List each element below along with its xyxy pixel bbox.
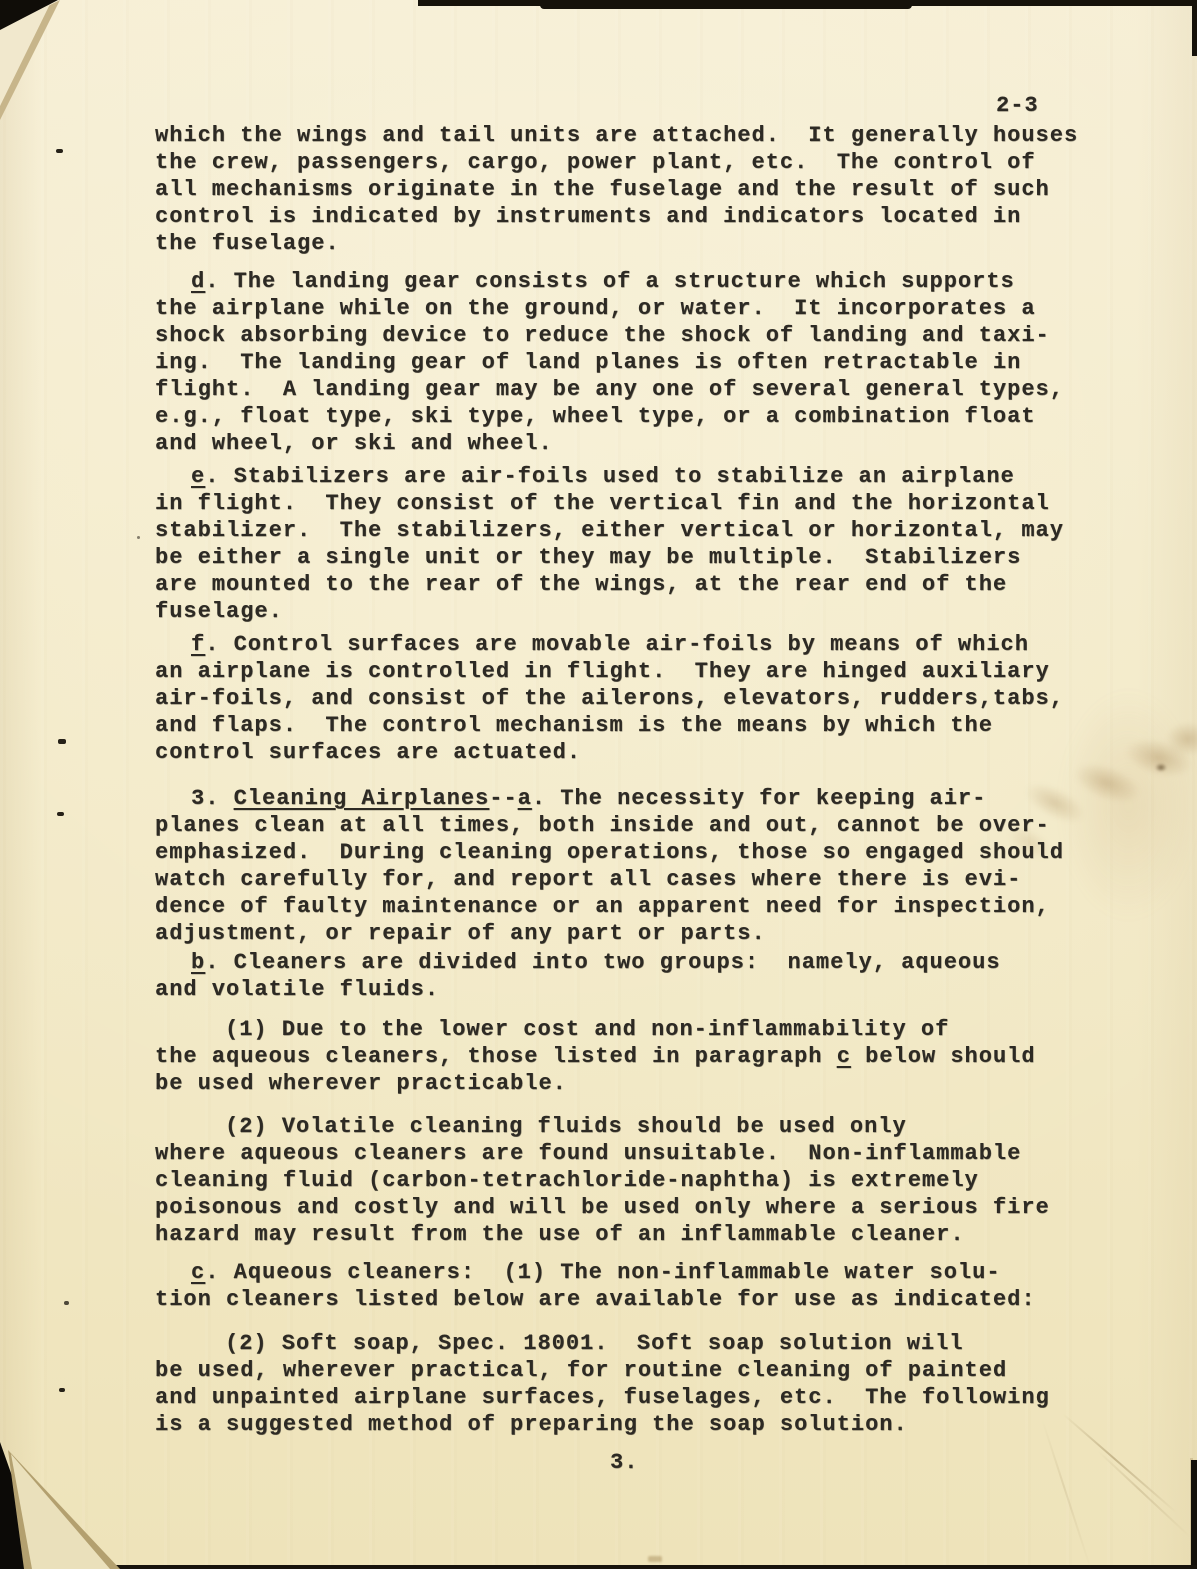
text-line: is a suggested method of preparing the s… <box>155 1411 1050 1438</box>
text-segment: an airplane is controlled in flight. The… <box>155 659 1050 684</box>
text-segment: the airplane while on the ground, or wat… <box>155 296 1036 321</box>
text-segment: ing. The landing gear of land planes is … <box>155 350 1021 375</box>
text-line: control surfaces are actuated. <box>155 739 1064 766</box>
ink-speck <box>56 149 63 153</box>
paragraph-intro-continuation: which the wings and tail units are attac… <box>155 122 1078 257</box>
text-line: be either a single unit or they may be m… <box>155 544 1064 571</box>
text-segment: emphasized. During cleaning operations, … <box>155 840 1064 865</box>
text-segment: air-foils, and consist of the ailerons, … <box>155 686 1064 711</box>
text-segment: and flaps. The control mechanism is the … <box>155 713 993 738</box>
underlined-text: f <box>191 632 205 657</box>
text-line: and flaps. The control mechanism is the … <box>155 712 1064 739</box>
paragraph-b-cleaners: b. Cleaners are divided into two groups:… <box>155 949 1001 1003</box>
ink-speck <box>59 1388 65 1392</box>
text-segment: watch carefully for, and report all case… <box>155 867 1021 892</box>
page-number: 3. <box>610 1449 638 1476</box>
underlined-text: a <box>518 786 532 811</box>
text-segment: is a suggested method of preparing the s… <box>155 1412 908 1437</box>
text-line: control is indicated by instruments and … <box>155 203 1078 230</box>
ink-speck <box>64 1301 69 1305</box>
text-segment: all mechanisms originate in the fuselage… <box>155 177 1050 202</box>
text-segment: the aqueous cleaners, those listed in pa… <box>155 1044 837 1069</box>
text-line: watch carefully for, and report all case… <box>155 866 1064 893</box>
text-segment: below should <box>851 1044 1036 1069</box>
underlined-text: d <box>191 269 205 294</box>
text-segment: where aqueous cleaners are found unsuita… <box>155 1141 1021 1166</box>
paragraph-d-landing-gear: d. The landing gear consists of a struct… <box>155 268 1064 457</box>
text-segment: and volatile fluids. <box>155 977 439 1002</box>
text-line: dence of faulty maintenance or an appare… <box>155 893 1064 920</box>
paragraph-1-aqueous-preference: (1) Due to the lower cost and non-inflam… <box>155 1016 1036 1097</box>
text-segment: . The landing gear consists of a structu… <box>205 269 1015 294</box>
text-segment: be used, wherever practical, for routine… <box>155 1358 1007 1383</box>
text-line: stabilizer. The stabilizers, either vert… <box>155 517 1064 544</box>
text-line: adjustment, or repair of any part or par… <box>155 920 1064 947</box>
text-line: c. Aqueous cleaners: (1) The non-inflamm… <box>155 1259 1036 1286</box>
text-segment: flight. A landing gear may be any one of… <box>155 377 1064 402</box>
scanned-page: 2-3 which the wings and tail units are a… <box>0 0 1197 1569</box>
text-segment: and unpainted airplane surfaces, fuselag… <box>155 1385 1050 1410</box>
text-line: e.g., float type, ski type, wheel type, … <box>155 403 1064 430</box>
text-line: where aqueous cleaners are found unsuita… <box>155 1140 1050 1167</box>
text-segment: in flight. They consist of the vertical … <box>155 491 1050 516</box>
text-segment: tion cleaners listed below are available… <box>155 1287 1036 1312</box>
text-line: be used wherever practicable. <box>155 1070 1036 1097</box>
paragraph-2-volatile-fluids: (2) Volatile cleaning fluids should be u… <box>155 1113 1050 1248</box>
text-segment: dence of faulty maintenance or an appare… <box>155 894 1050 919</box>
scanner-background-edge <box>0 1565 1197 1569</box>
text-line: e. Stabilizers are air-foils used to sta… <box>155 463 1064 490</box>
text-line: tion cleaners listed below are available… <box>155 1286 1036 1313</box>
text-segment: . Control surfaces are movable air-foils… <box>205 632 1029 657</box>
text-line: which the wings and tail units are attac… <box>155 122 1078 149</box>
text-segment: (2) Soft soap, Spec. 18001. Soft soap so… <box>225 1331 964 1356</box>
text-line: in flight. They consist of the vertical … <box>155 490 1064 517</box>
text-segment: the crew, passengers, cargo, power plant… <box>155 150 1036 175</box>
scanner-background-edge <box>1192 0 1197 56</box>
text-segment: (1) Due to the lower cost and non-inflam… <box>225 1017 949 1042</box>
text-segment: fuselage. <box>155 599 283 624</box>
scanner-background-edge <box>540 0 912 9</box>
text-segment: . The necessity for keeping air- <box>532 786 986 811</box>
text-segment: cleaning fluid (carbon-tetrachloride-nap… <box>155 1168 979 1193</box>
text-segment: -- <box>489 786 517 811</box>
paragraph-2-soft-soap: (2) Soft soap, Spec. 18001. Soft soap so… <box>155 1330 1050 1438</box>
text-segment: adjustment, or repair of any part or par… <box>155 921 766 946</box>
text-line: are mounted to the rear of the wings, at… <box>155 571 1064 598</box>
underlined-text: c <box>837 1044 851 1069</box>
text-line: b. Cleaners are divided into two groups:… <box>155 949 1001 976</box>
text-segment: planes clean at all times, both inside a… <box>155 813 1050 838</box>
text-line: f. Control surfaces are movable air-foil… <box>155 631 1064 658</box>
text-line: the fuselage. <box>155 230 1078 257</box>
text-line: (1) Due to the lower cost and non-inflam… <box>155 1016 1036 1043</box>
underlined-text: e <box>191 464 205 489</box>
ink-speck <box>57 812 64 816</box>
text-segment: stabilizer. The stabilizers, either vert… <box>155 518 1064 543</box>
ink-speck <box>137 536 140 539</box>
text-line: hazard may result from the use of an inf… <box>155 1221 1050 1248</box>
paragraph-c-aqueous-cleaners: c. Aqueous cleaners: (1) The non-inflamm… <box>155 1259 1036 1313</box>
smudge-mark <box>648 1556 662 1562</box>
text-line: and wheel, or ski and wheel. <box>155 430 1064 457</box>
text-line: and volatile fluids. <box>155 976 1001 1003</box>
text-segment: . Cleaners are divided into two groups: … <box>205 950 1000 975</box>
text-segment: which the wings and tail units are attac… <box>155 123 1078 148</box>
text-line: shock absorbing device to reduce the sho… <box>155 322 1064 349</box>
text-line: an airplane is controlled in flight. The… <box>155 658 1064 685</box>
text-segment: . Aqueous cleaners: (1) The non-inflamma… <box>205 1260 1000 1285</box>
text-segment: the fuselage. <box>155 231 340 256</box>
text-segment: shock absorbing device to reduce the sho… <box>155 323 1050 348</box>
text-segment: (2) Volatile cleaning fluids should be u… <box>225 1114 907 1139</box>
text-segment: hazard may result from the use of an inf… <box>155 1222 965 1247</box>
text-segment: and wheel, or ski and wheel. <box>155 431 553 456</box>
text-segment: be used wherever practicable. <box>155 1071 567 1096</box>
text-segment: poisonous and costly and will be used on… <box>155 1195 1050 1220</box>
text-line: the airplane while on the ground, or wat… <box>155 295 1064 322</box>
text-line: be used, wherever practical, for routine… <box>155 1357 1050 1384</box>
text-line: flight. A landing gear may be any one of… <box>155 376 1064 403</box>
text-line: fuselage. <box>155 598 1064 625</box>
text-line: air-foils, and consist of the ailerons, … <box>155 685 1064 712</box>
text-line: and unpainted airplane surfaces, fuselag… <box>155 1384 1050 1411</box>
text-line: the aqueous cleaners, those listed in pa… <box>155 1043 1036 1070</box>
text-segment: . Stabilizers are air-foils used to stab… <box>205 464 1015 489</box>
paragraph-3-cleaning-airplanes: 3. Cleaning Airplanes--a. The necessity … <box>155 785 1064 947</box>
text-line: all mechanisms originate in the fuselage… <box>155 176 1078 203</box>
text-line: d. The landing gear consists of a struct… <box>155 268 1064 295</box>
fingerprint-stain <box>1155 763 1167 772</box>
paragraph-f-control-surfaces: f. Control surfaces are movable air-foil… <box>155 631 1064 766</box>
underlined-text: b <box>191 950 205 975</box>
text-line: emphasized. During cleaning operations, … <box>155 839 1064 866</box>
ink-speck <box>58 739 66 744</box>
text-segment: be either a single unit or they may be m… <box>155 545 1021 570</box>
text-segment: 3. <box>191 786 234 811</box>
text-line: ing. The landing gear of land planes is … <box>155 349 1064 376</box>
text-segment: are mounted to the rear of the wings, at… <box>155 572 1007 597</box>
text-segment: control is indicated by instruments and … <box>155 204 1021 229</box>
text-line: (2) Soft soap, Spec. 18001. Soft soap so… <box>155 1330 1050 1357</box>
page-header-ref: 2-3 <box>996 92 1039 119</box>
text-line: the crew, passengers, cargo, power plant… <box>155 149 1078 176</box>
underlined-text: c <box>191 1260 205 1285</box>
text-line: poisonous and costly and will be used on… <box>155 1194 1050 1221</box>
text-segment: e.g., float type, ski type, wheel type, … <box>155 404 1036 429</box>
text-line: 3. Cleaning Airplanes--a. The necessity … <box>155 785 1064 812</box>
underlined-text: Cleaning Airplanes <box>234 786 490 811</box>
text-line: planes clean at all times, both inside a… <box>155 812 1064 839</box>
scanner-background-edge <box>1191 1460 1197 1569</box>
text-segment: control surfaces are actuated. <box>155 740 581 765</box>
text-line: cleaning fluid (carbon-tetrachloride-nap… <box>155 1167 1050 1194</box>
text-line: (2) Volatile cleaning fluids should be u… <box>155 1113 1050 1140</box>
paragraph-e-stabilizers: e. Stabilizers are air-foils used to sta… <box>155 463 1064 625</box>
